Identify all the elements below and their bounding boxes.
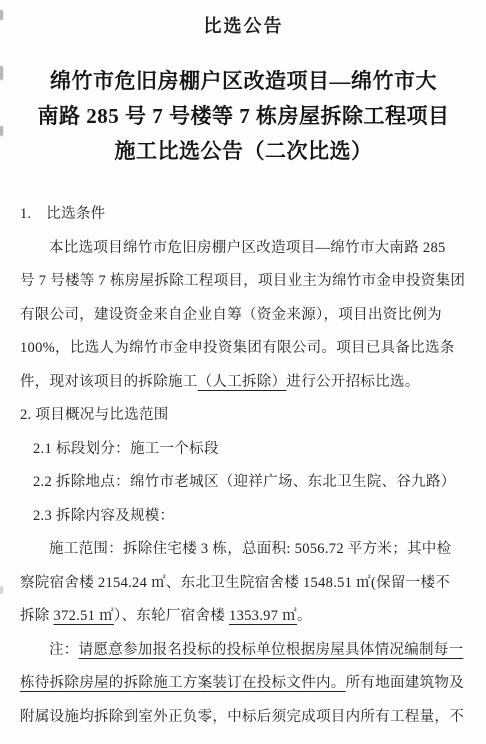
document-body: 1. 比选条件 本比选项目绵竹市危旧房棚户区改造项目—绵竹市大南路 285 号 …: [20, 198, 467, 734]
announcement-document-page: 比选公告 绵竹市危旧房棚户区改造项目—绵竹市大 南路 285 号 7 号楼等 7…: [0, 0, 486, 744]
project-heading-line-3: 施工比选公告（二次比选）: [20, 134, 467, 169]
project-heading: 绵竹市危旧房棚户区改造项目—绵竹市大 南路 285 号 7 号楼等 7 栋房屋拆…: [20, 64, 467, 169]
underlined-area-value: 1353.97 ㎡: [229, 608, 297, 624]
note-paragraph-line: 栋待拆除房屋的拆除施工方案装订在投标文件内。所有地面建筑物及: [20, 667, 467, 701]
text-segment: 进行公开招标比选。: [286, 374, 419, 390]
scope-paragraph-line: 察院宿舍楼 2154.24 ㎡、东北卫生院宿舍楼 1548.51 ㎡(保留一楼不: [20, 567, 467, 601]
underlined-note-text: 栋待拆除房屋的拆除施工方案装订在投标文件内。: [20, 675, 346, 691]
underlined-area-value: 372.51 ㎡: [54, 608, 114, 624]
scope-paragraph-line: 施工范围：拆除住宅楼 3 栋，总面积: 5056.72 平方米；其中检: [20, 533, 467, 567]
section2-item-2-2: 2.2 拆除地点：绵竹市老城区（迎祥广场、东北卫生院、谷九路）: [20, 466, 467, 500]
text-segment: 件，现对该项目的拆除施工: [20, 374, 198, 390]
note-label: 注：: [49, 642, 79, 658]
scope-paragraph-line: 拆除 372.51 ㎡）、东轮厂宿舍楼 1353.97 ㎡。: [20, 600, 467, 634]
section1-paragraph-line: 100%，比选人为绵竹市金申投资集团有限公司。项目已具备比选条: [20, 332, 467, 366]
text-segment: 拆除: [20, 608, 54, 624]
note-paragraph-line: 附属设施均拆除到室外正负零，中标后须完成项目内所有工程量，不: [20, 701, 467, 735]
underlined-note-text: 请愿意参加报名投标的投标单位根据房屋具体情况编制每一: [79, 642, 464, 658]
text-segment: 所有地面建筑物及: [346, 675, 464, 691]
document-title: 比选公告: [20, 14, 467, 38]
section1-paragraph-line: 本比选项目绵竹市危旧房棚户区改造项目—绵竹市大南路 285: [20, 232, 467, 266]
scan-artifact-marks: [0, 0, 4, 744]
section1-paragraph-line: 有限公司，建设资金来自企业自筹（资金来源），项目出资比例为: [20, 299, 467, 333]
section2-item-2-3: 2.3 拆除内容及规模：: [20, 500, 467, 534]
text-segment: ）、东轮厂宿舍楼: [114, 608, 229, 624]
project-heading-line-1: 绵竹市危旧房棚户区改造项目—绵竹市大: [20, 64, 467, 99]
section1-paragraph-line: 号 7 号楼等 7 栋房屋拆除工程项目，项目业主为绵竹市金申投资集团: [20, 265, 467, 299]
section1-heading: 1. 比选条件: [20, 198, 467, 232]
underlined-demolition-method: （人工拆除）: [198, 374, 287, 390]
note-paragraph-line: 注：请愿意参加报名投标的投标单位根据房屋具体情况编制每一: [20, 634, 467, 668]
section2-item-2-1: 2.1 标段划分：施工一个标段: [20, 433, 467, 467]
section2-heading: 2. 项目概况与比选范围: [20, 399, 467, 433]
section1-paragraph-line: 件，现对该项目的拆除施工（人工拆除）进行公开招标比选。: [20, 366, 467, 400]
project-heading-line-2: 南路 285 号 7 号楼等 7 栋房屋拆除工程项目: [20, 99, 467, 134]
text-segment: 。: [297, 608, 312, 624]
